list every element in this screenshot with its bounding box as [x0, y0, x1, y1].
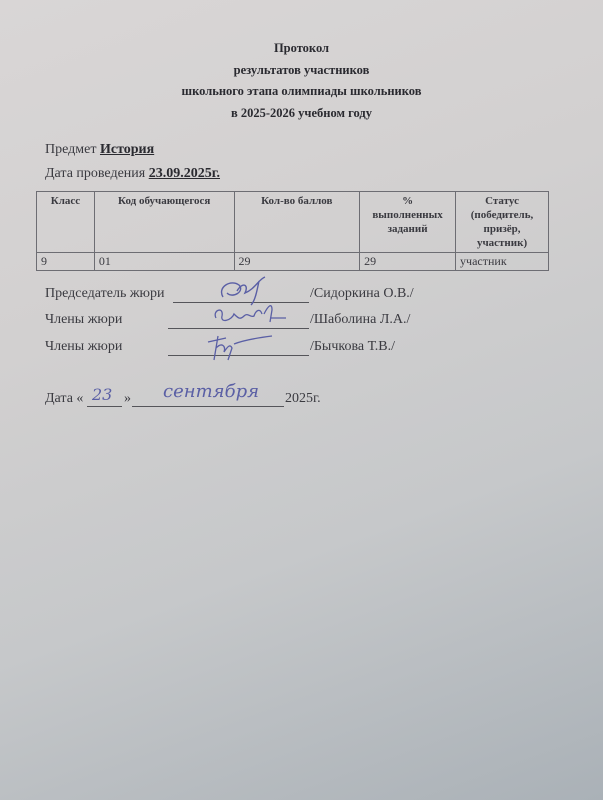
title-line-4: в 2025-2026 учебном году [0, 103, 603, 125]
close-quote: » [124, 391, 131, 407]
table-header-row: Класс Код обучающегося Кол-во баллов % в… [37, 192, 549, 253]
month-line [132, 405, 284, 407]
cell-student-code: 01 [94, 253, 234, 271]
date-held-field: Дата проведения 23.09.2025г. [45, 166, 220, 182]
signed-date-label: Дата [45, 391, 73, 406]
document-title: Протокол результатов участников школьног… [0, 38, 603, 124]
jury-member-2-row: Члены жюри [45, 339, 122, 355]
title-line-1: Протокол [0, 38, 603, 60]
jury-chair-name: /Сидоркина О.В./ [310, 286, 414, 302]
title-line-2: результатов участников [0, 60, 603, 82]
jury-member-1-role: Члены жюри [45, 312, 122, 327]
jury-chair-role: Председатель жюри [45, 286, 164, 301]
cell-score: 29 [234, 253, 360, 271]
table-row: 9 01 29 29 участник [37, 253, 549, 271]
day-line [87, 405, 122, 407]
header-percent: % выполненных заданий [360, 192, 456, 253]
jury-member-2-name: /Бычкова Т.В./ [310, 339, 395, 355]
date-held-label: Дата проведения [45, 166, 145, 181]
jury-member-1-row: Члены жюри [45, 312, 122, 328]
title-line-3: школьного этапа олимпиады школьников [0, 81, 603, 103]
cell-percent: 29 [360, 253, 456, 271]
subject-field: Предмет История [45, 142, 154, 158]
results-table: Класс Код обучающегося Кол-во баллов % в… [36, 191, 549, 271]
signed-year: 2025г. [285, 391, 321, 407]
cell-status: участник [456, 253, 549, 271]
signature-member-2-icon [200, 330, 280, 364]
jury-member-1-name: /Шаболина Л.А./ [310, 312, 410, 328]
jury-chair-row: Председатель жюри [45, 286, 164, 302]
subject-label: Предмет [45, 142, 96, 157]
signed-day: 23 [92, 385, 112, 404]
header-grade: Класс [37, 192, 95, 253]
signature-member-1-icon [210, 300, 290, 330]
signed-date-label-group: Дата « [45, 391, 83, 407]
date-held-value: 23.09.2025г. [149, 166, 220, 181]
open-quote: « [76, 391, 83, 406]
header-score: Кол-во баллов [234, 192, 360, 253]
signed-month: сентября [163, 381, 259, 402]
header-student-code: Код обучающегося [94, 192, 234, 253]
cell-grade: 9 [37, 253, 95, 271]
header-status: Статус (победитель, призёр, участник) [456, 192, 549, 253]
subject-value: История [100, 142, 154, 157]
jury-member-2-role: Члены жюри [45, 339, 122, 354]
